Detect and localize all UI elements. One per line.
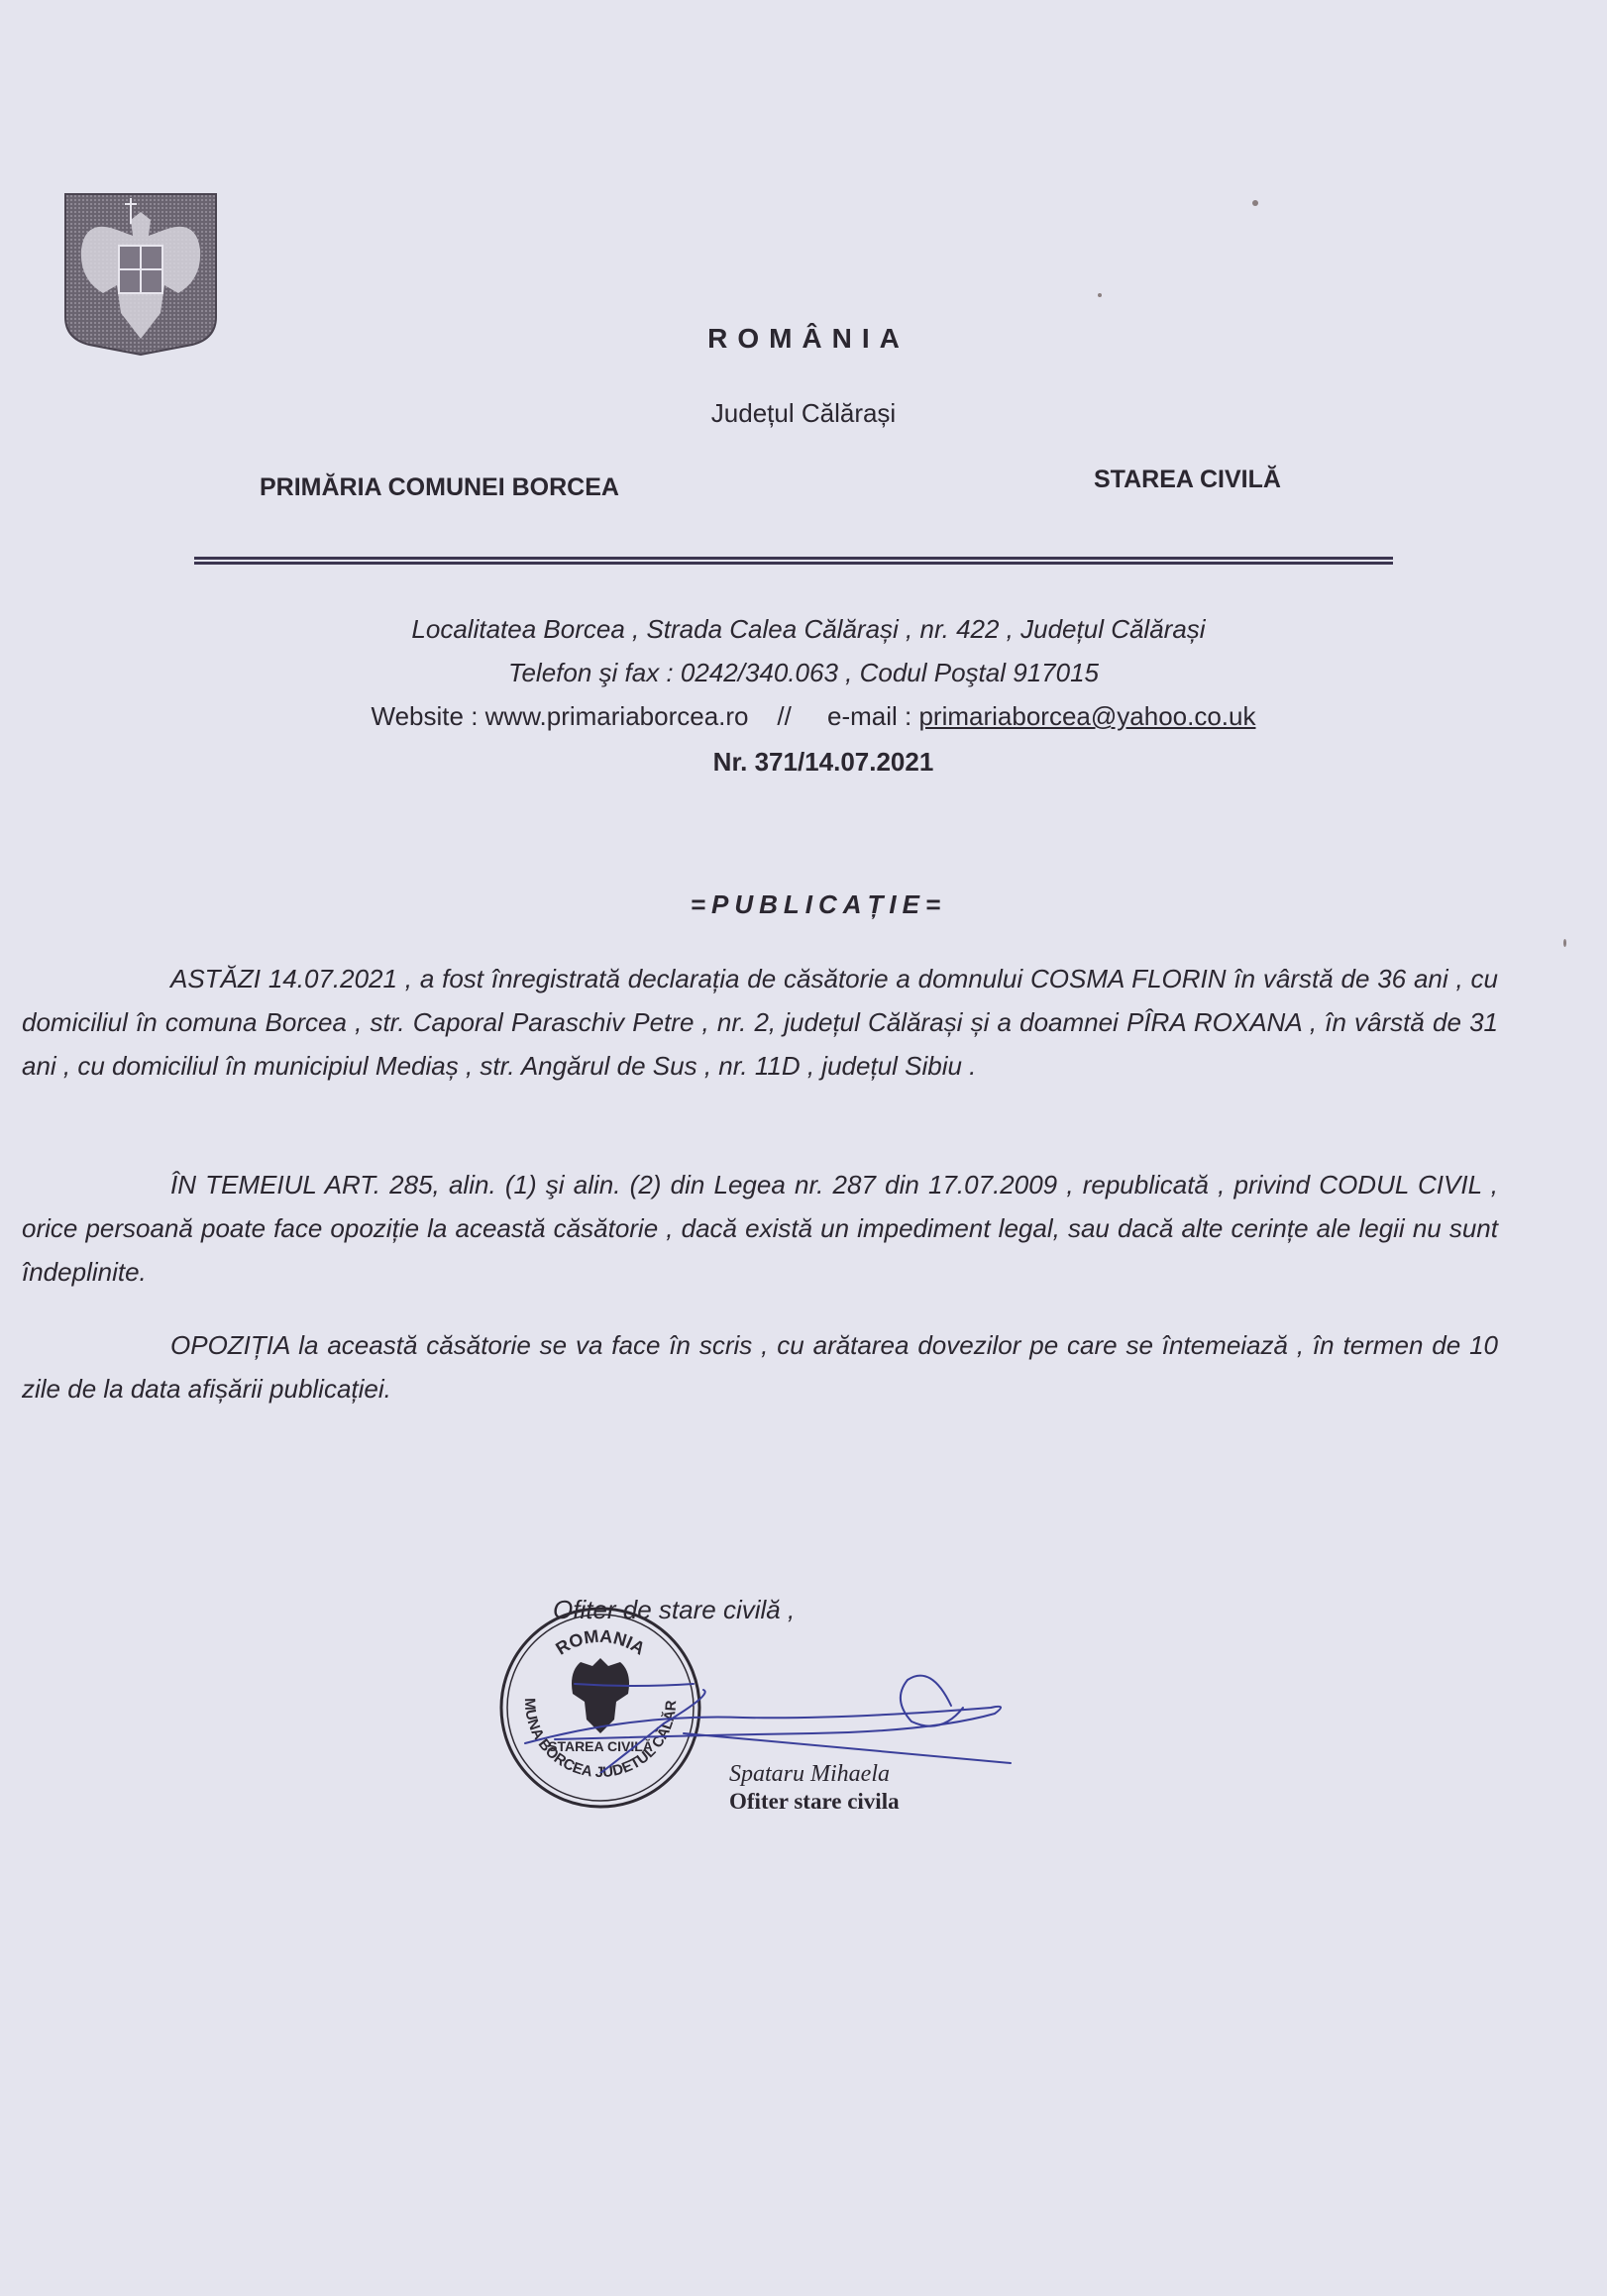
website-label: Website : www.primariaborcea.ro bbox=[372, 701, 749, 731]
signer-name: Spataru Mihaela bbox=[729, 1761, 890, 1788]
paragraph-text: ÎN TEMEIUL ART. 285, alin. (1) şi alin. … bbox=[22, 1170, 1498, 1287]
paragraph-declaration: ASTĂZI 14.07.2021 , a fost înregistrată … bbox=[22, 957, 1498, 1088]
institution-name: PRIMĂRIA COMUNEI BORCEA bbox=[260, 473, 619, 502]
header-divider bbox=[194, 557, 1393, 565]
phone-line: Telefon şi fax : 0242/340.063 , Codul Po… bbox=[0, 658, 1607, 688]
paper-speck bbox=[1098, 293, 1102, 297]
county-heading: Județul Călărași bbox=[0, 398, 1607, 429]
web-contact-line: Website : www.primariaborcea.ro // e-mai… bbox=[0, 701, 1607, 732]
signer-role: Ofiter stare civila bbox=[729, 1789, 900, 1815]
email-label: e-mail : bbox=[827, 701, 918, 731]
country-heading: ROMÂNIA bbox=[0, 323, 1607, 355]
paragraph-legal-basis: ÎN TEMEIUL ART. 285, alin. (1) şi alin. … bbox=[22, 1163, 1498, 1294]
department-name: STAREA CIVILĂ bbox=[1094, 466, 1281, 494]
separator: // bbox=[777, 701, 791, 731]
registration-number: Nr. 371/14.07.2021 bbox=[0, 747, 1607, 778]
paragraph-opposition: OPOZIȚIA la această căsătorie se va face… bbox=[22, 1323, 1498, 1410]
handwritten-signature bbox=[515, 1644, 1030, 1773]
email-link[interactable]: primariaborcea@yahoo.co.uk bbox=[918, 701, 1255, 731]
paper-speck bbox=[1563, 939, 1566, 947]
paragraph-text: ASTĂZI 14.07.2021 , a fost înregistrată … bbox=[22, 964, 1498, 1081]
document-title: =PUBLICAȚIE= bbox=[0, 889, 1607, 920]
paper-speck bbox=[1252, 200, 1258, 206]
address-line: Localitatea Borcea , Strada Calea Călăra… bbox=[0, 614, 1607, 645]
paragraph-text: OPOZIȚIA la această căsătorie se va face… bbox=[22, 1330, 1498, 1404]
